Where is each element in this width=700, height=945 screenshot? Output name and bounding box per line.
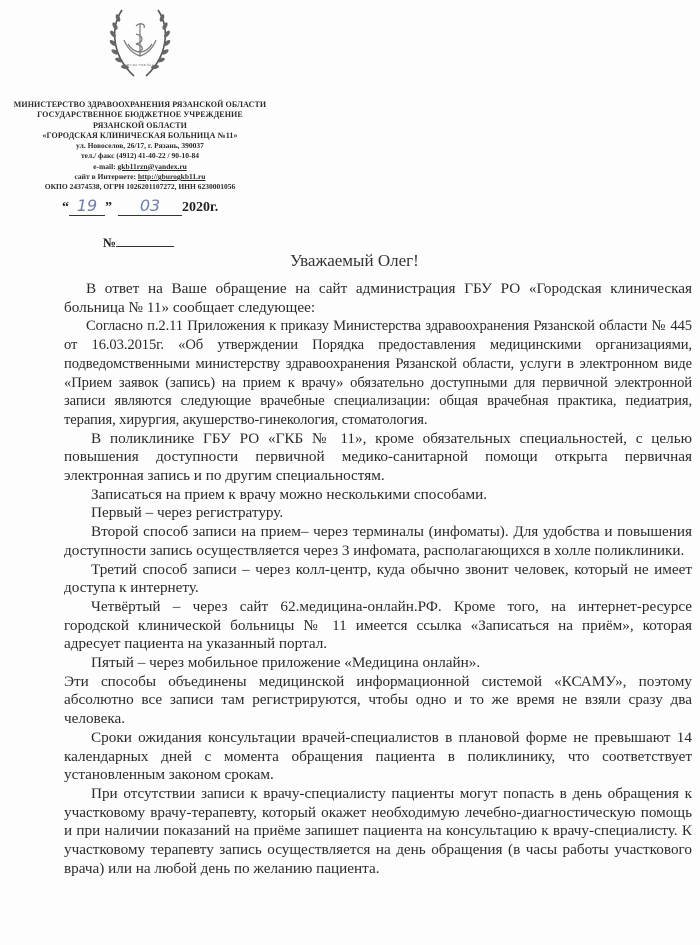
svg-text:ГБУ РО "ГКБ №11": ГБУ РО "ГКБ №11" [125, 63, 155, 67]
date-close-quote: ” [105, 200, 112, 215]
letterhead-hospital-name: «ГОРОДСКАЯ КЛИНИЧЕСКАЯ БОЛЬНИЦА №11» [0, 131, 280, 141]
letter-number: № [103, 234, 174, 251]
paragraph-intro: В ответ на Ваше обращение на сайт админи… [64, 280, 692, 317]
letter-date: “19”032020г. [62, 196, 218, 216]
paragraph-method-4: Четвёртый – через сайт 62.медицина-онлай… [64, 598, 692, 654]
date-month-handwritten: 03 [118, 196, 182, 216]
paragraph-polyclinic: В поликлинике ГБУ РО «ГКБ № 11», кроме о… [64, 430, 692, 486]
date-open-quote: “ [62, 200, 69, 215]
paragraph-method-3: Третий способ записи – через колл-центр,… [64, 561, 692, 598]
paragraph-method-1: Первый – через регистратуру. [64, 504, 692, 523]
letterhead-phone-fax: тел./ факс (4912) 41-40-22 / 90-10-84 [0, 151, 280, 161]
salutation: Уважаемый Олег! [290, 251, 419, 271]
paragraph-methods-intro: Записаться на прием к врачу можно нескол… [64, 486, 692, 505]
letter-page: ГБУ РО "ГКБ №11" МИНИСТЕРСТВО ЗДРАВООХРА… [0, 0, 700, 945]
letterhead-address: ул. Новоселов, 26/17, г. Рязань, 390037 [0, 141, 280, 151]
number-blank [116, 234, 174, 247]
letterhead-institution-type: ГОСУДАРСТВЕННОЕ БЮДЖЕТНОЕ УЧРЕЖДЕНИЕ [0, 110, 280, 120]
paragraph-method-5: Пятый – через мобильное приложение «Меди… [64, 654, 692, 673]
letterhead-region: РЯЗАНСКОЙ ОБЛАСТИ [0, 121, 280, 131]
paragraph-regulation: Согласно п.2.11 Приложения к приказу Мин… [64, 317, 692, 429]
paragraph-waiting-times: Сроки ожидания консультации врачей-специ… [64, 729, 692, 785]
date-year: 2020г. [182, 200, 218, 215]
paragraph-ksamu: Эти способы объединены медицинской инфор… [64, 673, 692, 729]
letterhead-codes: ОКПО 24374538, ОГРН 1026201107272, ИНН 6… [0, 182, 280, 192]
date-day-handwritten: 19 [69, 196, 105, 216]
paragraph-method-2: Второй способ записи на прием– через тер… [64, 523, 692, 560]
letterhead-site-line: сайт в Интернете: http://gburogkb11.ru [0, 172, 280, 182]
letterhead-ministry: МИНИСТЕРСТВО ЗДРАВООХРАНЕНИЯ РЯЗАНСКОЙ О… [0, 100, 280, 110]
number-label: № [103, 235, 116, 250]
letter-body: В ответ на Ваше обращение на сайт админи… [64, 280, 692, 879]
letterhead-email-line: e-mail: gkb11rzn@yandex.ru [0, 162, 280, 172]
medical-emblem-icon: ГБУ РО "ГКБ №11" [100, 4, 180, 84]
email-label: e-mail: [93, 162, 117, 171]
site-link[interactable]: http://gburogkb11.ru [138, 172, 206, 181]
email-link[interactable]: gkb11rzn@yandex.ru [118, 162, 187, 171]
paragraph-no-appointment: При отсутствии записи к врачу-специалист… [64, 785, 692, 879]
site-label: сайт в Интернете: [75, 172, 138, 181]
